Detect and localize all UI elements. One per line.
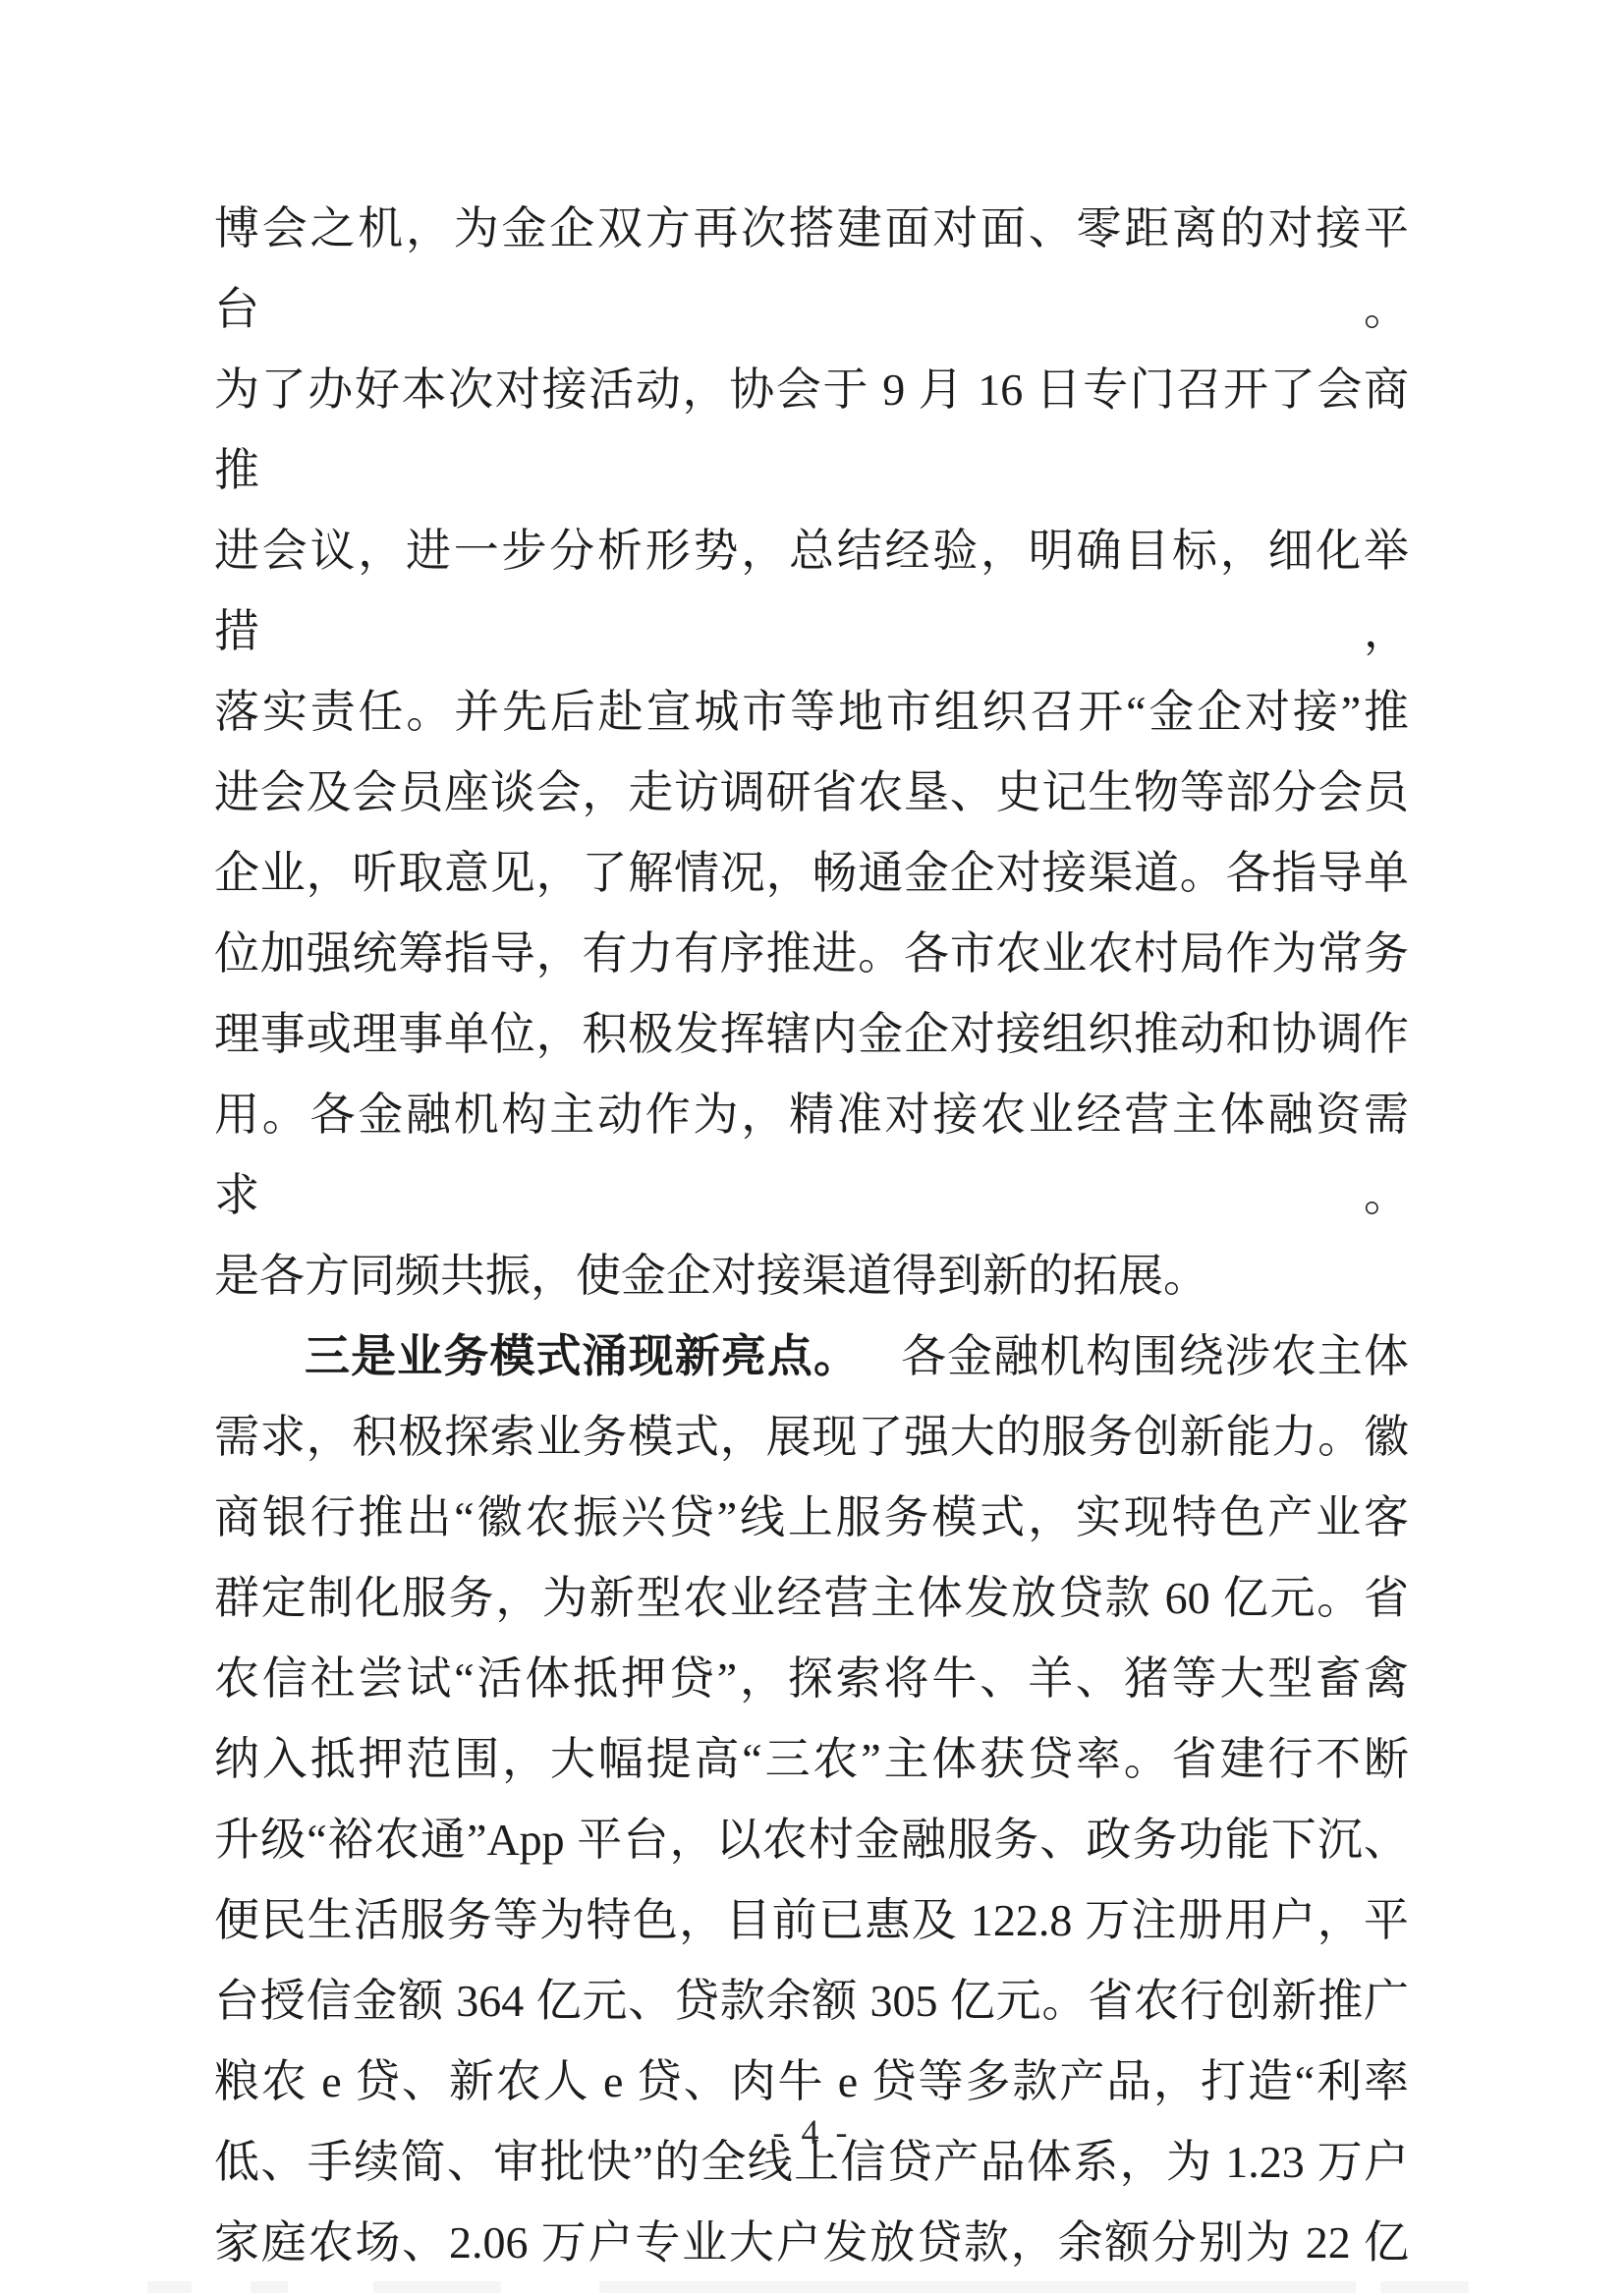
paragraph-heading-line: 三是业务模式涌现新亮点。各金融机构围绕涉农主体 [214,1316,1409,1397]
text-line: 家庭农场、2.06 万户专业大户发放贷款，余额分别为 22 亿 [214,2203,1409,2283]
text-line: 理事或理事单位，积极发挥辖内金企对接组织推动和协调作 [214,994,1409,1075]
text-line: 是各方同频共振，使金企对接渠道得到新的拓展。 [214,1236,1409,1316]
scan-artifact [599,2281,1356,2293]
scan-artifact [373,2281,501,2293]
text-line: 企业，听取意见，了解情况，畅通金企对接渠道。各指导单 [214,833,1409,914]
text-line: 升级“裕农通”App 平台，以农村金融服务、政务功能下沉、 [214,1800,1409,1880]
text-line: 用。各金融机构主动作为，精准对接农业经营主体融资需求。 [214,1075,1409,1236]
text-line: 落实责任。并先后赴宣城市等地市组织召开“金企对接”推 [214,672,1409,753]
paragraph-heading-rest: 各金融机构围绕涉农主体 [901,1331,1409,1381]
text-line: 便民生活服务等为特色，目前已惠及 122.8 万注册用户，平 [214,1880,1409,1961]
page-number: - 4 - [0,2110,1624,2154]
scan-artifact [251,2281,288,2293]
text-line: 需求，积极探索业务模式，展现了强大的服务创新能力。徽 [214,1397,1409,1478]
text-line: 商银行推出“徽农振兴贷”线上服务模式，实现特色产业客 [214,1478,1409,1558]
scan-artifact [1380,2281,1469,2293]
text-line: 位加强统筹指导，有力有序推进。各市农业农村局作为常务 [214,914,1409,994]
text-line: 农信社尝试“活体抵押贷”，探索将牛、羊、猪等大型畜禽 [214,1639,1409,1719]
body-text: 博会之机，为金企双方再次搭建面对面、零距离的对接平台。为了办好本次对接活动，协会… [214,189,1409,2283]
scan-artifact [147,2281,192,2293]
scan-noise-strip [0,2277,1624,2295]
text-line: 博会之机，为金企双方再次搭建面对面、零距离的对接平台。 [214,189,1409,350]
text-line: 群定制化服务，为新型农业经营主体发放贷款 60 亿元。省 [214,1558,1409,1639]
paragraph-heading-bold: 三是业务模式涌现新亮点。 [305,1331,860,1381]
paragraph-continuation: 博会之机，为金企双方再次搭建面对面、零距离的对接平台。为了办好本次对接活动，协会… [214,189,1409,1316]
text-line: 进会议，进一步分析形势，总结经验，明确目标，细化举措， [214,511,1409,672]
text-line: 为了办好本次对接活动，协会于 9 月 16 日专门召开了会商推 [214,350,1409,511]
text-line: 台授信金额 364 亿元、贷款余额 305 亿元。省农行创新推广 [214,1961,1409,2042]
text-line: 进会及会员座谈会，走访调研省农垦、史记生物等部分会员 [214,753,1409,833]
text-line: 纳入抵押范围，大幅提高“三农”主体获贷率。省建行不断 [214,1719,1409,1800]
document-page: 博会之机，为金企双方再次搭建面对面、零距离的对接平台。为了办好本次对接活动，协会… [0,0,1624,2295]
